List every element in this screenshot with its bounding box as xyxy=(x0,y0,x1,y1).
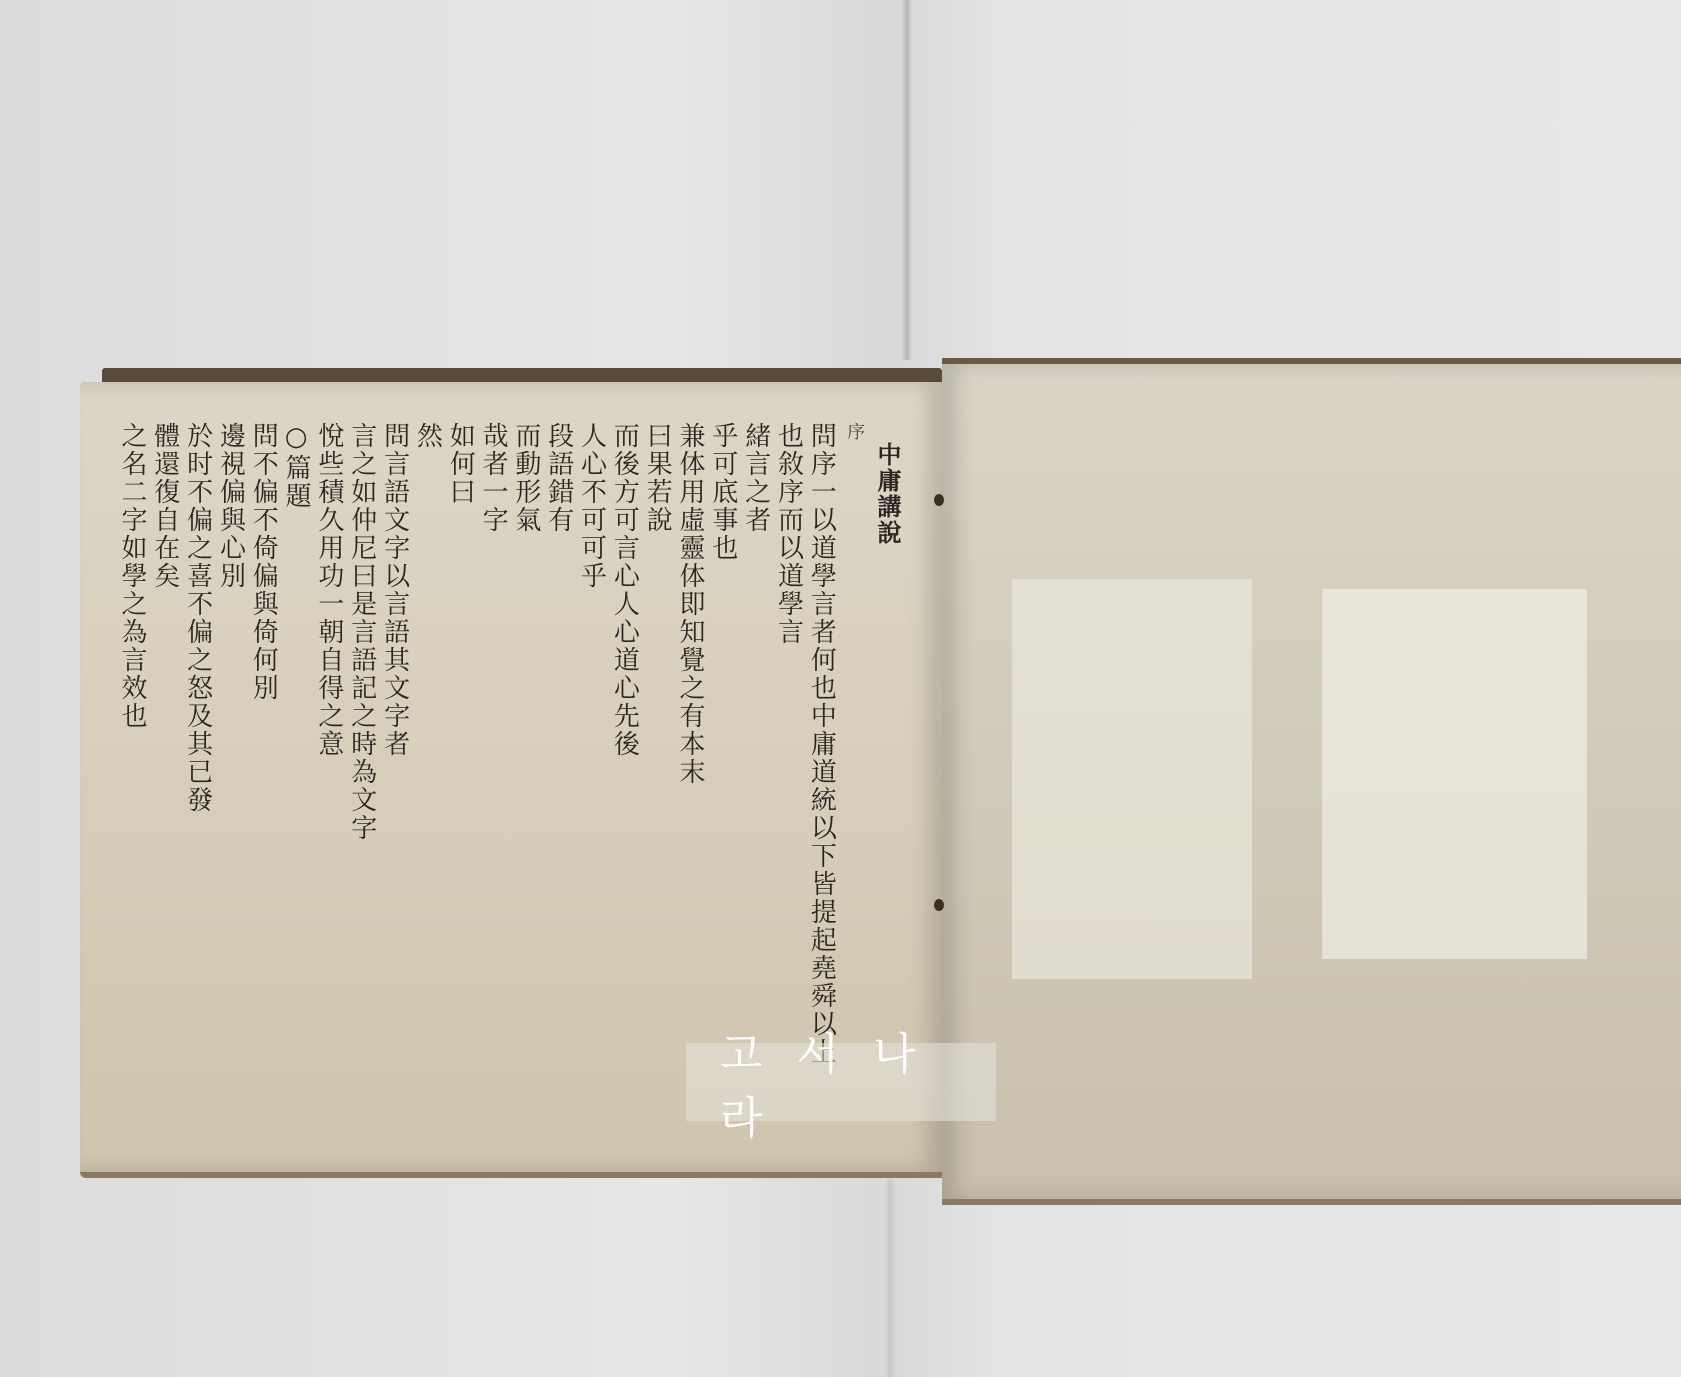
text-column: 曰果若說 xyxy=(645,422,672,1142)
text-column: 之名二字如學之為言效也 xyxy=(120,422,147,1142)
pale-patch-right xyxy=(1322,589,1587,959)
text-column: 人心不可可乎 xyxy=(580,422,607,1142)
watermark-text: 고서나라 xyxy=(686,1018,996,1146)
text-column: 言之如仲尼曰是言語記之時為文字 xyxy=(350,422,377,1142)
binding-stitch xyxy=(934,899,944,911)
text-column: 邊視偏與心別 xyxy=(219,422,246,1142)
binding-stitch xyxy=(934,494,944,506)
text-column: 悅些積久用功一朝自得之意 xyxy=(317,422,344,1142)
background-fold-crease xyxy=(902,0,912,360)
background-fold-crease-bottom xyxy=(884,1180,896,1377)
text-column: 問不偏不倚偏與倚何別 xyxy=(251,422,278,1142)
text-column: ○篇題 xyxy=(284,422,311,1142)
text-column: 哉者一字 xyxy=(481,422,508,1142)
text-column: 體還復自在矣 xyxy=(153,422,180,1142)
text-column: 問言語文字以言語其文字者 xyxy=(383,422,410,1142)
text-column: 如何曰 xyxy=(448,422,475,1142)
text-column: 而後方可言心人心道心先後 xyxy=(613,422,640,1142)
pale-patch-left xyxy=(1012,579,1252,979)
text-column: 於时不偏之喜不偏之怒及其已發 xyxy=(186,422,213,1142)
text-column: 然 xyxy=(416,422,443,1142)
text-column: 段語錯有 xyxy=(547,422,574,1142)
watermark: 고서나라 xyxy=(686,1043,996,1121)
text-column: 而動形氣 xyxy=(514,422,541,1142)
right-page xyxy=(942,358,1681,1205)
